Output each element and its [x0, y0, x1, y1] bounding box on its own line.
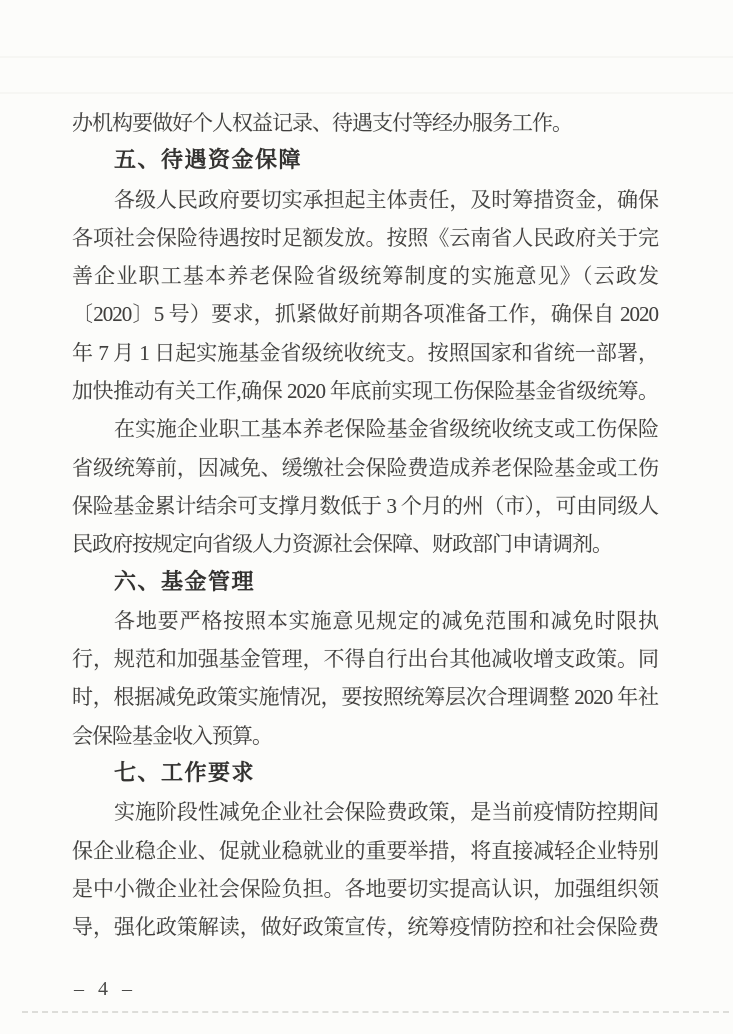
- text-line: 导，强化政策解读，做好政策宣传，统筹疫情防控和社会保险费: [72, 908, 658, 946]
- text-line: 保险基金累计结余可支撑月数低于 3 个月的州（市），可由同级人: [72, 487, 658, 525]
- text-line: 民政府按规定向省级人力资源社会保障、财政部门申请调剂。: [72, 525, 658, 563]
- text-line: 善企业职工基本养老保险省级统筹制度的实施意见》（云政发: [72, 257, 658, 295]
- text-line: 是中小微企业社会保险负担。各地要切实提高认识，加强组织领: [72, 870, 658, 908]
- text-line: 实施阶段性减免企业社会保险费政策，是当前疫情防控期间: [72, 793, 658, 831]
- text-line: 各项社会保险待遇按时足额发放。按照《云南省人民政府关于完: [72, 219, 658, 257]
- text-line: 年 7 月 1 日起实施基金省级统收统支。按照国家和省统一部署，: [72, 334, 658, 372]
- page-number: – 4 –: [74, 974, 134, 1004]
- scanned-document-page: 办机构要做好个人权益记录、待遇支付等经办服务工作。 五、待遇资金保障 各级人民政…: [0, 0, 733, 1034]
- text-line: 行，规范和加强基金管理，不得自行出台其他减收增支政策。同: [72, 640, 658, 678]
- scan-artifact-streak: [0, 56, 733, 58]
- text-line: 会保险基金收入预算。: [72, 717, 658, 755]
- text-line: 办机构要做好个人权益记录、待遇支付等经办服务工作。: [72, 104, 658, 142]
- text-line: 时，根据减免政策实施情况，要按照统筹层次合理调整 2020 年社: [72, 678, 658, 716]
- scan-edge-line: [22, 1011, 729, 1013]
- text-line: 在实施企业职工基本养老保险基金省级统收统支或工伤保险: [72, 410, 658, 448]
- document-body: 办机构要做好个人权益记录、待遇支付等经办服务工作。 五、待遇资金保障 各级人民政…: [72, 104, 658, 947]
- text-line: 省级统筹前，因减免、缓缴社会保险费造成养老保险基金或工伤: [72, 449, 658, 487]
- scan-artifact-streak: [0, 92, 733, 94]
- section-heading: 七、工作要求: [72, 755, 658, 793]
- text-line: 加快推动有关工作,确保 2020 年底前实现工伤保险基金省级统筹。: [72, 372, 658, 410]
- section-heading: 六、基金管理: [72, 564, 658, 602]
- section-heading: 五、待遇资金保障: [72, 142, 658, 180]
- text-line: 各级人民政府要切实承担起主体责任，及时筹措资金，确保: [72, 181, 658, 219]
- text-line: 〔2020〕5 号）要求，抓紧做好前期各项准备工作，确保自 2020: [72, 295, 658, 333]
- text-line: 保企业稳企业、促就业稳就业的重要举措，将直接减轻企业特别: [72, 832, 658, 870]
- text-line: 各地要严格按照本实施意见规定的减免范围和减免时限执: [72, 602, 658, 640]
